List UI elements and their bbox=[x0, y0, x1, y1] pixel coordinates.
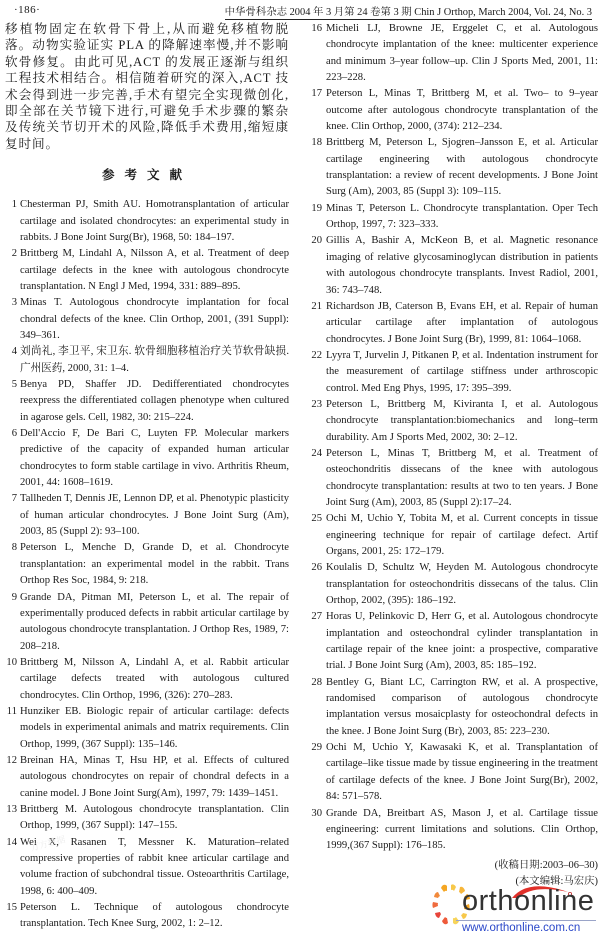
reference-item: 16Micheli LJ, Browne JE, Erggelet C, et … bbox=[308, 21, 598, 86]
reference-number: 7 bbox=[5, 491, 17, 507]
references-title: 参考文献 bbox=[5, 165, 289, 183]
left-column: 移植物固定在软骨下骨上,从而避免移植物脱落。动物实验证实 PLA 的降解速率慢,… bbox=[5, 21, 289, 933]
reference-text: Peterson L, Minas T, Brittberg M, et al.… bbox=[326, 446, 598, 511]
reference-item: 20Gillis A, Bashir A, McKeon B, et al. M… bbox=[308, 233, 598, 298]
reference-item: 28Bentley G, Biant LC, Carrington RW, et… bbox=[308, 675, 598, 740]
reference-number: 12 bbox=[5, 753, 17, 769]
reference-number: 9 bbox=[5, 590, 17, 606]
reference-text: Brittberg M, Peterson L, Sjogren–Jansson… bbox=[326, 135, 598, 200]
reference-number: 20 bbox=[308, 233, 322, 249]
reference-text: Bentley G, Biant LC, Carrington RW, et a… bbox=[326, 675, 598, 740]
reference-number: 29 bbox=[308, 740, 322, 756]
reference-number: 15 bbox=[5, 900, 17, 916]
received-date: (收稿日期:2003–06–30) bbox=[308, 858, 598, 874]
reference-item: 23Peterson L, Brittberg M, Kiviranta I, … bbox=[308, 397, 598, 446]
reference-item: 11Hunziker EB. Biologic repair of articu… bbox=[5, 704, 289, 753]
reference-item: 6Dell'Accio F, De Bari C, Luyten FP. Mol… bbox=[5, 426, 289, 491]
reference-number: 19 bbox=[308, 201, 322, 217]
reference-text: 刘尚礼, 李卫平, 宋卫东. 软骨细胞移植治疗关节软骨缺损. 广州医药, 200… bbox=[20, 344, 289, 377]
logo-url: www.orthonline.com.cn bbox=[462, 922, 580, 934]
reference-item: 13Brittberg M. Autologous chondrocyte tr… bbox=[5, 802, 289, 835]
reference-item: 9Grande DA, Pitman MI, Peterson L, et al… bbox=[5, 590, 289, 655]
page-header: ·186· 中华骨科杂志 2004 年 3 月第 24 卷第 3 期 Chin … bbox=[0, 0, 600, 18]
reference-text: Brittberg M, Lindahl A, Nilsson A, et al… bbox=[20, 246, 289, 295]
reference-item: 3Minas T. Autologous chondrocyte implant… bbox=[5, 295, 289, 344]
reference-item: 4刘尚礼, 李卫平, 宋卫东. 软骨细胞移植治疗关节软骨缺损. 广州医药, 20… bbox=[5, 344, 289, 377]
reference-text: Peterson L. Technique of autologous chon… bbox=[20, 900, 289, 933]
reference-text: Brittberg M, Nilsson A, Lindahl A, et al… bbox=[20, 655, 289, 704]
reference-item: 15Peterson L. Technique of autologous ch… bbox=[5, 900, 289, 933]
reference-text: Benya PD, Shaffer JD. Dedifferentiated c… bbox=[20, 377, 289, 426]
reference-item: 30Grande DA, Breitbart AS, Mason J, et a… bbox=[308, 806, 598, 855]
reference-number: 30 bbox=[308, 806, 322, 822]
reference-number: 25 bbox=[308, 511, 322, 527]
reference-item: 24Peterson L, Minas T, Brittberg M, et a… bbox=[308, 446, 598, 511]
reference-item: 2Brittberg M, Lindahl A, Nilsson A, et a… bbox=[5, 246, 289, 295]
reference-text: Lyyra T, Jurvelin J, Pitkanen P, et al. … bbox=[326, 348, 598, 397]
reference-item: 25Ochi M, Uchio Y, Tobita M, et al. Curr… bbox=[308, 511, 598, 560]
reference-number: 1 bbox=[5, 197, 17, 213]
reference-text: Brittberg M. Autologous chondrocyte tran… bbox=[20, 802, 289, 835]
reference-text: Grande DA, Breitbart AS, Mason J, et al.… bbox=[326, 806, 598, 855]
reference-text: Ochi M, Uchio Y, Kawasaki K, et al. Tran… bbox=[326, 740, 598, 805]
reference-number: 8 bbox=[5, 540, 17, 556]
reference-text: Peterson L, Brittberg M, Kiviranta I, et… bbox=[326, 397, 598, 446]
reference-number: 6 bbox=[5, 426, 17, 442]
reference-text: Micheli LJ, Browne JE, Erggelet C, et al… bbox=[326, 21, 598, 86]
reference-text: Gillis A, Bashir A, McKeon B, et al. Mag… bbox=[326, 233, 598, 298]
reference-number: 10 bbox=[5, 655, 17, 671]
orthonline-logo: orthonline www.orthonline.com.cn bbox=[428, 880, 598, 938]
reference-item: 5Benya PD, Shaffer JD. Dedifferentiated … bbox=[5, 377, 289, 426]
reference-number: 22 bbox=[308, 348, 322, 364]
reference-item: 8Peterson L, Menche D, Grande D, et al. … bbox=[5, 540, 289, 589]
body-paragraph: 移植物固定在软骨下骨上,从而避免移植物脱落。动物实验证实 PLA 的降解速率慢,… bbox=[5, 21, 289, 152]
reference-number: 5 bbox=[5, 377, 17, 393]
logo-wordmark: orthonline bbox=[462, 886, 594, 916]
reference-text: Minas T. Autologous chondrocyte implanta… bbox=[20, 295, 289, 344]
reference-item: 21Richardson JB, Caterson B, Evans EH, e… bbox=[308, 299, 598, 348]
reference-number: 23 bbox=[308, 397, 322, 413]
reference-text: Peterson L, Menche D, Grande D, et al. C… bbox=[20, 540, 289, 589]
reference-text: Chesterman PJ, Smith AU. Homotransplanta… bbox=[20, 197, 289, 246]
reference-number: 18 bbox=[308, 135, 322, 151]
reference-number: 27 bbox=[308, 609, 322, 625]
reference-item: 29Ochi M, Uchio Y, Kawasaki K, et al. Tr… bbox=[308, 740, 598, 805]
reference-number: 2 bbox=[5, 246, 17, 262]
logo-name: orthonline bbox=[462, 885, 594, 917]
reference-number: 17 bbox=[308, 86, 322, 102]
reference-text: Hunziker EB. Biologic repair of articula… bbox=[20, 704, 289, 753]
reference-item: 17Peterson L, Minas T, Brittberg M, et a… bbox=[308, 86, 598, 135]
reference-number: 14 bbox=[5, 835, 17, 851]
reference-number: 26 bbox=[308, 560, 322, 576]
reference-number: 13 bbox=[5, 802, 17, 818]
logo-divider bbox=[456, 920, 596, 921]
reference-item: 27Horas U, Pelinkovic D, Herr G, et al. … bbox=[308, 609, 598, 674]
reference-text: Horas U, Pelinkovic D, Herr G, et al. Au… bbox=[326, 609, 598, 674]
reference-item: 18Brittberg M, Peterson L, Sjogren–Janss… bbox=[308, 135, 598, 200]
reference-text: Ochi M, Uchio Y, Tobita M, et al. Curren… bbox=[326, 511, 598, 560]
reference-item: 26Koulalis D, Schultz W, Heyden M. Autol… bbox=[308, 560, 598, 609]
reference-item: 7Tallheden T, Dennis JE, Lennon DP, et a… bbox=[5, 491, 289, 540]
reference-item: 19Minas T, Peterson L. Chondrocyte trans… bbox=[308, 201, 598, 234]
reference-number: 24 bbox=[308, 446, 322, 462]
reference-text: Grande DA, Pitman MI, Peterson L, et al.… bbox=[20, 590, 289, 655]
reference-number: 11 bbox=[5, 704, 17, 720]
right-column: 16Micheli LJ, Browne JE, Erggelet C, et … bbox=[308, 21, 598, 890]
reference-text: Dell'Accio F, De Bari C, Luyten FP. Mole… bbox=[20, 426, 289, 491]
reference-text: Richardson JB, Caterson B, Evans EH, et … bbox=[326, 299, 598, 348]
page-number: ·186· bbox=[14, 4, 40, 16]
reference-item: 1Chesterman PJ, Smith AU. Homotransplant… bbox=[5, 197, 289, 246]
reference-number: 28 bbox=[308, 675, 322, 691]
reference-text: Minas T, Peterson L. Chondrocyte transpl… bbox=[326, 201, 598, 234]
reference-text: Tallheden T, Dennis JE, Lennon DP, et al… bbox=[20, 491, 289, 540]
reference-number: 4 bbox=[5, 344, 17, 360]
reference-number: 3 bbox=[5, 295, 17, 311]
reference-number: 16 bbox=[308, 21, 322, 37]
reference-item: 22Lyyra T, Jurvelin J, Pitkanen P, et al… bbox=[308, 348, 598, 397]
reference-text: Peterson L, Minas T, Brittberg M, et al.… bbox=[326, 86, 598, 135]
reference-text: Breinan HA, Minas T, Hsu HP, et al. Effe… bbox=[20, 753, 289, 802]
running-head: 中华骨科杂志 2004 年 3 月第 24 卷第 3 期 Chin J Orth… bbox=[225, 3, 592, 20]
reference-text: Koulalis D, Schultz W, Heyden M. Autolog… bbox=[326, 560, 598, 609]
reference-number: 21 bbox=[308, 299, 322, 315]
reference-item: 12Breinan HA, Minas T, Hsu HP, et al. Ef… bbox=[5, 753, 289, 802]
reference-item: 10Brittberg M, Nilsson A, Lindahl A, et … bbox=[5, 655, 289, 704]
